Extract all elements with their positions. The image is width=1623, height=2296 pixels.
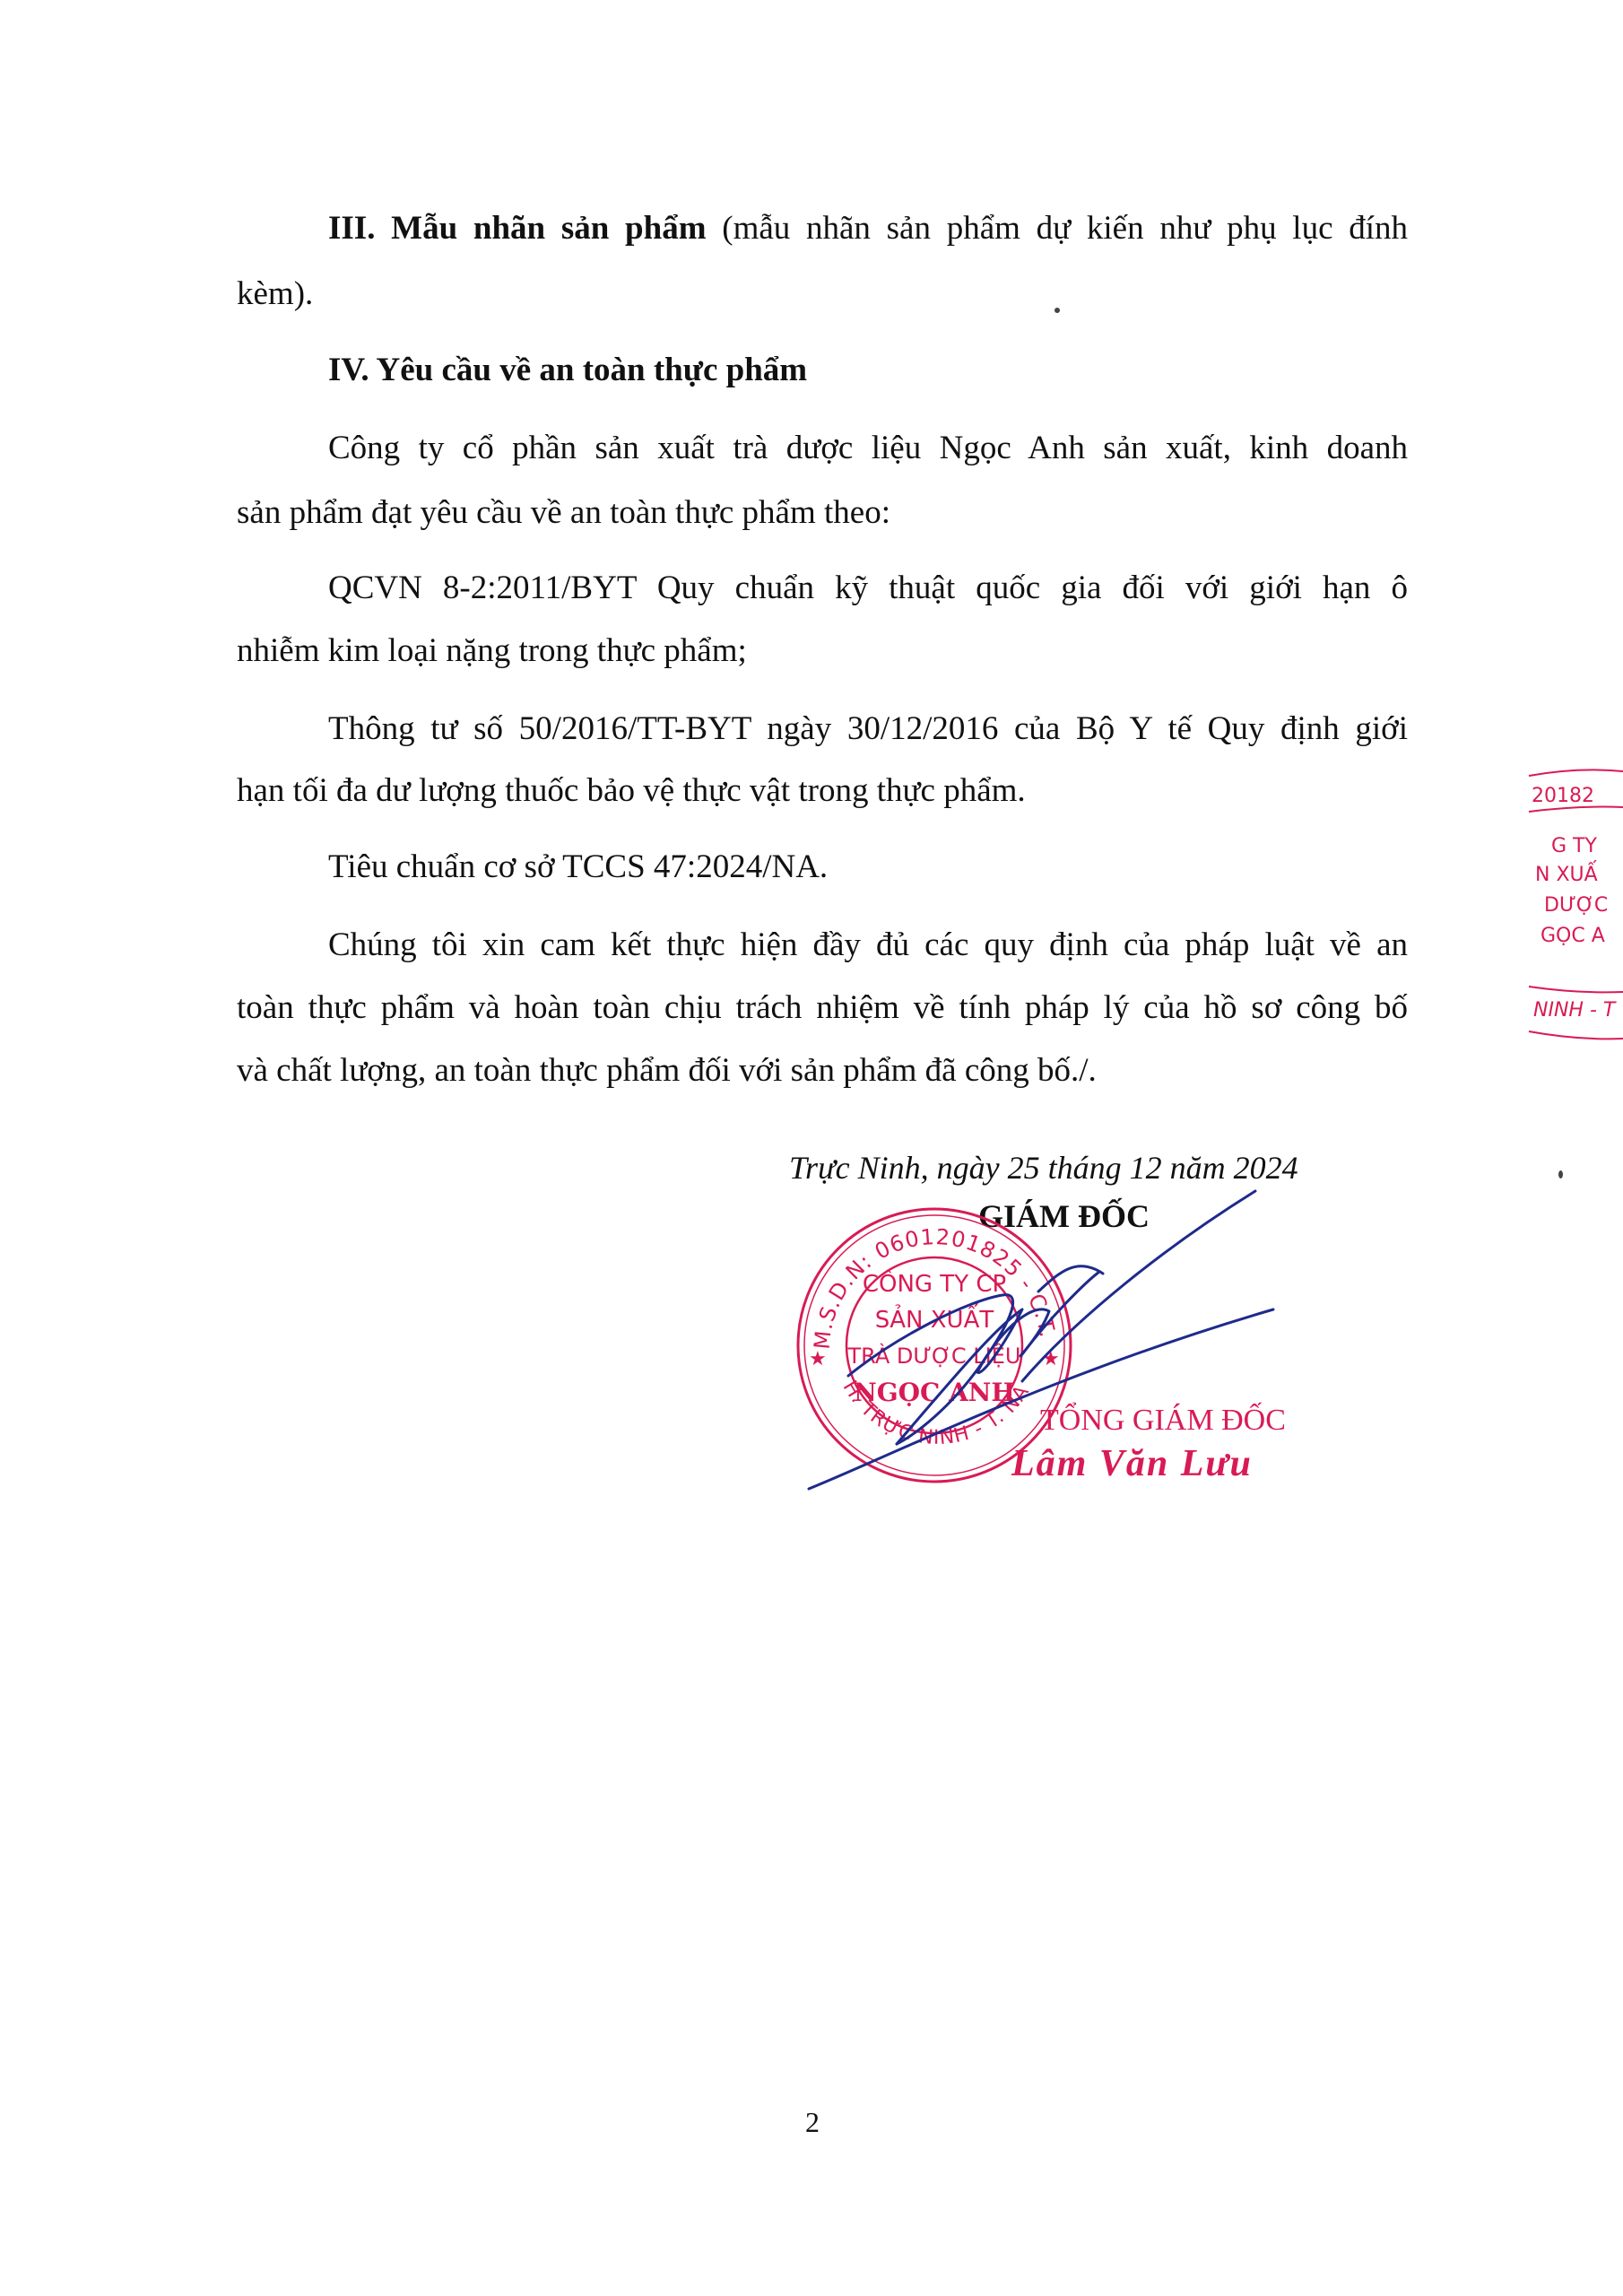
place-date: Trực Ninh, ngày 25 tháng 12 năm 2024 bbox=[789, 1149, 1298, 1187]
section-iii-line-2: kèm). bbox=[237, 277, 313, 310]
paragraph-5-line-1: Chúng tôi xin cam kết thực hiện đầy đủ c… bbox=[328, 928, 1408, 961]
stamp-center-line-1: CÔNG TY CP bbox=[863, 1269, 1006, 1298]
scan-speck bbox=[1558, 1170, 1563, 1178]
document-page: III. Mẫu nhãn sản phẩm (mẫu nhãn sản phẩ… bbox=[0, 0, 1623, 2296]
section-iii-line-1: III. Mẫu nhãn sản phẩm (mẫu nhãn sản phẩ… bbox=[328, 212, 1408, 245]
stamp-center-line-2: SẢN XUẤT bbox=[875, 1302, 994, 1334]
paragraph-4-line-1: Tiêu chuẩn cơ sở TCCS 47:2024/NA. bbox=[328, 850, 828, 883]
edge-stamp-line-4: DƯỢC bbox=[1544, 894, 1608, 917]
section-iv-heading: IV. Yêu cầu về an toàn thực phẩm bbox=[328, 353, 807, 387]
paragraph-5-line-2: toàn thực phẩm và hoàn toàn chịu trách n… bbox=[237, 991, 1408, 1024]
paragraph-2-line-2: nhiễm kim loại nặng trong thực phẩm; bbox=[237, 634, 747, 667]
section-iii-text: (mẫu nhãn sản phẩm dự kiến như phụ lục đ… bbox=[722, 210, 1408, 247]
stamp-star-icon-right: ★ bbox=[1042, 1348, 1060, 1370]
edge-stamp-line-2: G TY bbox=[1551, 835, 1597, 857]
stamp-center-line-3: TRÀ DƯỢC LIỆU bbox=[847, 1343, 1021, 1369]
stamp-center-line-4: NGỌC ANH bbox=[854, 1378, 1015, 1407]
edge-stamp-line-3: N XUẤ bbox=[1535, 861, 1598, 886]
paragraph-3-line-2: hạn tối đa dư lượng thuốc bảo vệ thực vậ… bbox=[237, 774, 1026, 807]
edge-stamp-fragment: 20182 G TY N XUẤ DƯỢC GỌC A NINH - T bbox=[1524, 762, 1623, 1049]
director-title: TỔNG GIÁM ĐỐC bbox=[1040, 1404, 1286, 1438]
stamp-star-icon-left: ★ bbox=[809, 1348, 827, 1370]
paragraph-3-line-1: Thông tư số 50/2016/TT-BYT ngày 30/12/20… bbox=[328, 712, 1408, 745]
director-name: Lâm Văn Lưu bbox=[1011, 1442, 1253, 1485]
paragraph-5-line-3: và chất lượng, an toàn thực phẩm đối với… bbox=[237, 1054, 1097, 1087]
paragraph-1-line-1: Công ty cổ phần sản xuất trà dược liệu N… bbox=[328, 431, 1408, 465]
handwritten-signature bbox=[0, 0, 1623, 2296]
scan-speck bbox=[1055, 308, 1060, 313]
edge-stamp-line-1: 20182 bbox=[1532, 785, 1594, 807]
edge-stamp-line-6: NINH - T bbox=[1533, 999, 1617, 1022]
edge-stamp-line-5: GỌC A bbox=[1541, 925, 1605, 947]
section-iii-heading: III. Mẫu nhãn sản phẩm bbox=[328, 210, 707, 247]
paragraph-2-line-1: QCVN 8-2:2011/BYT Quy chuẩn kỹ thuật quố… bbox=[328, 571, 1408, 604]
page-number: 2 bbox=[805, 2106, 820, 2139]
paragraph-1-line-2: sản phẩm đạt yêu cầu về an toàn thực phẩ… bbox=[237, 496, 890, 529]
